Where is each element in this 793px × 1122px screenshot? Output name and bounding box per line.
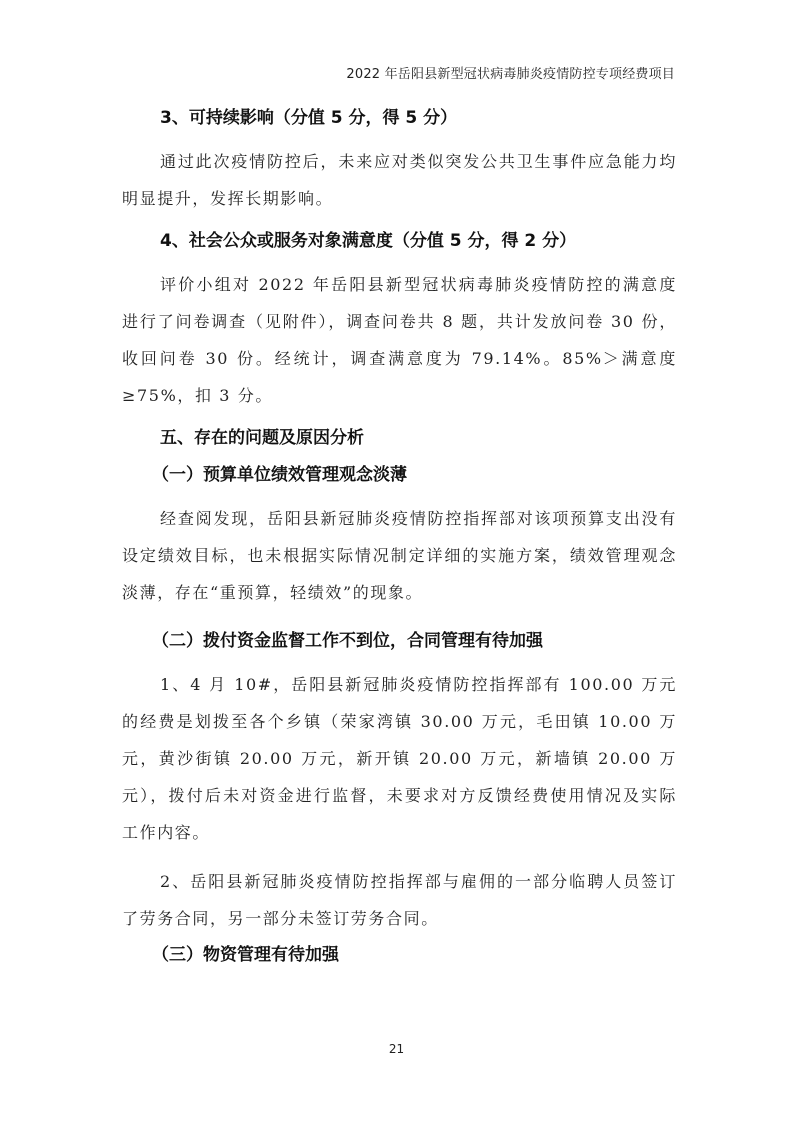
document-page: 2022 年岳阳县新型冠状病毒肺炎疫情防控专项经费项目 3、可持续影响（分值 5…	[0, 0, 793, 1122]
paragraph-performance-awareness: 经查阅发现，岳阳县新冠肺炎疫情防控指挥部对该项预算支出没有设定绩效目标，也未根据…	[122, 500, 677, 611]
paragraph-satisfaction: 评价小组对 2022 年岳阳县新型冠状病毒肺炎疫情防控的满意度进行了问卷调查（见…	[122, 266, 677, 414]
paragraph-sustainable-impact: 通过此次疫情防控后，未来应对类似突发公共卫生事件应急能力均明显提升，发挥长期影响…	[122, 143, 677, 217]
paragraph-labor-contracts: 2、岳阳县新冠肺炎疫情防控指挥部与雇佣的一部分临聘人员签订了劳务合同，另一部分未…	[122, 863, 677, 937]
spacer	[122, 851, 677, 863]
page-number: 21	[0, 1042, 793, 1056]
paragraph-fund-transfer: 1、4 月 10#，岳阳县新冠肺炎疫情防控指挥部有 100.00 万元的经费是划…	[122, 666, 677, 851]
subsection-heading-materials-management: （三）物资管理有待加强	[122, 937, 677, 974]
section-heading-sustainable-impact: 3、可持续影响（分值 5 分，得 5 分）	[122, 100, 677, 137]
subsection-heading-fund-supervision: （二）拨付资金监督工作不到位，合同管理有待加强	[122, 623, 677, 660]
running-header: 2022 年岳阳县新型冠状病毒肺炎疫情防控专项经费项目	[346, 63, 675, 82]
spacer	[122, 611, 677, 623]
chapter-heading-problems: 五、存在的问题及原因分析	[122, 420, 677, 457]
section-heading-satisfaction: 4、社会公众或服务对象满意度（分值 5 分，得 2 分）	[122, 223, 677, 260]
subsection-heading-performance-awareness: （一）预算单位绩效管理观念淡薄	[122, 457, 677, 494]
page-content: 3、可持续影响（分值 5 分，得 5 分） 通过此次疫情防控后，未来应对类似突发…	[122, 100, 677, 974]
